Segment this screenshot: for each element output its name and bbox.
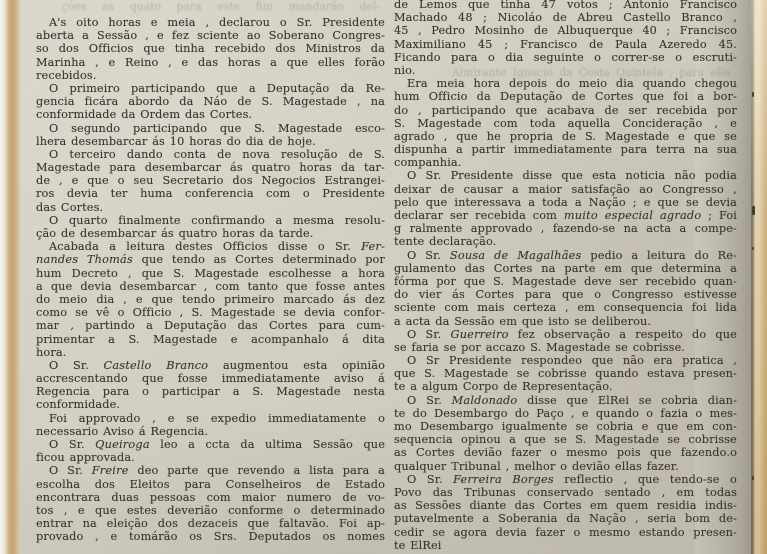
book-fold-left-edge bbox=[0, 0, 20, 554]
text-line: S. Magestade com toda aquella Concideraç… bbox=[394, 117, 737, 130]
text-line: primentar a S. Magestade e acompanhalo á… bbox=[36, 333, 385, 346]
ink-speck bbox=[752, 92, 754, 97]
text-line: aberta a Sessão , e fez sciente ao Sober… bbox=[36, 29, 385, 42]
text-line: putavelmente a Soberania da Nação , seri… bbox=[394, 512, 737, 525]
text-line: do vier ás Cortes para que o Congresso e… bbox=[394, 288, 737, 301]
text-line: sciente com mais certeza , em consequenc… bbox=[394, 301, 737, 314]
text-line: Era meia hora depois do meio dia quando … bbox=[394, 77, 737, 90]
text-line: 45 , Pedro Mosinho de Albuquerque 40 ; F… bbox=[394, 24, 737, 37]
text-line: Marinha , e Reino , e das horas a que el… bbox=[36, 56, 385, 69]
text-line: a que devia desembarcar , com tanto que … bbox=[36, 280, 385, 293]
text-line: mar , partindo a Deputação das Cortes pa… bbox=[36, 319, 385, 332]
text-line: O primeiro participando que a Deputação … bbox=[36, 82, 385, 95]
text-line: deixar de causar a maior satisfação ao C… bbox=[394, 183, 737, 196]
text-line: O Sr. Maldonado disse que ElRei se cobri… bbox=[394, 394, 737, 407]
text-line: recebidos. bbox=[36, 69, 385, 82]
text-line: qualquer Tribunal , melhor o devião ella… bbox=[394, 460, 737, 473]
text-line: de , e que o seu Secretario dos Negocios… bbox=[36, 174, 385, 187]
text-line: lhera desembarcar ás 10 horas do dia de … bbox=[36, 135, 385, 148]
text-line: de Lemos que tinha 47 votos ; Antonio Fr… bbox=[394, 0, 737, 11]
text-line: ficou approvada. bbox=[36, 451, 385, 464]
text-line: necessario Aviso á Regencia. bbox=[36, 425, 385, 438]
text-line: accrescentando que fosse immediatamente … bbox=[36, 372, 385, 385]
text-line: Povo das Tribunas conservado sentado , e… bbox=[394, 486, 737, 499]
text-line: a acta da Sessão em que isto se delibero… bbox=[394, 315, 737, 328]
text-line: do , participando que acabava de ser rec… bbox=[394, 104, 737, 117]
bleed-through-text: Almirante Ignacio da Costa Quintela ; pa… bbox=[452, 67, 730, 79]
text-line: nandes Thomás que tendo as Cortes determ… bbox=[36, 253, 385, 266]
text-line: O segundo participando que S. Magestade … bbox=[36, 122, 385, 135]
text-line: hum Decreto , que S. Magestade escolhess… bbox=[36, 267, 385, 280]
text-line: que S. Magestade se cobrisse quando esta… bbox=[394, 367, 737, 380]
text-line: as Sessões diante das Cortes em quem res… bbox=[394, 499, 737, 512]
text-line: agrado , que he propria de S. Magestade … bbox=[394, 130, 737, 143]
text-line: conformidade. bbox=[36, 398, 385, 411]
text-line: tos , e que estes deverião conforme o de… bbox=[36, 504, 385, 517]
text-column-right: de Lemos que tinha 47 votos ; Antonio Fr… bbox=[394, 0, 737, 552]
text-line: gencia ficára abordo da Náo de S. Magest… bbox=[36, 95, 385, 108]
text-line: declarar ser recebida com muito especial… bbox=[394, 209, 737, 222]
page-right-edge bbox=[751, 0, 767, 554]
text-line: Magestade para desembarcar ás quatro hor… bbox=[36, 161, 385, 174]
text-line: O Sr. Queiroga leo a ccta da ultima Sess… bbox=[36, 438, 385, 451]
text-line: as Cortes devião fazer o mesmo pois que … bbox=[394, 446, 737, 459]
text-line: hora. bbox=[36, 346, 385, 359]
text-column-left: A's oito horas e meia , declarou o Sr. P… bbox=[36, 0, 385, 554]
text-line: das Cortes. bbox=[36, 201, 385, 214]
text-line: dispunha a partir immediatamente para te… bbox=[394, 143, 737, 156]
text-line: Ficando para o dia seguinte o correr-se … bbox=[394, 51, 737, 64]
text-line: conformidade da Ordem das Cortes. bbox=[36, 108, 385, 121]
text-line: O Sr. Guerreiro fez observação a respeit… bbox=[394, 328, 737, 341]
text-line: te do Desembargo do Paço , e quando o fa… bbox=[394, 407, 737, 420]
text-line: O Sr. Ferreira Borges reflectio , que te… bbox=[394, 473, 737, 486]
text-line: ção de desembarcar ás quatro horas da ta… bbox=[36, 227, 385, 240]
text-line: g ralmente approvado , fazendo-se na act… bbox=[394, 222, 737, 235]
text-line: ros devia ter huma conferencia com o Pre… bbox=[36, 187, 385, 200]
bleed-through-text: ções as quato para este fim mandarão del… bbox=[62, 1, 380, 13]
text-line: provado , e tomárão os Srs. Deputados os… bbox=[36, 530, 385, 543]
text-line: companhia. bbox=[394, 156, 737, 169]
text-line: Machado 48 ; Nicoláo de Abreu Castello B… bbox=[394, 11, 737, 24]
text-line: O Sr. Castello Branco augmentou esta opi… bbox=[36, 359, 385, 372]
text-line: escolha dos Eleitos para Conselheiros de… bbox=[36, 478, 385, 491]
ink-speck bbox=[752, 247, 754, 250]
text-line: Maximiliano 45 ; Francisco de Paula Azer… bbox=[394, 38, 737, 51]
text-line: sequencia opinou a que se S. Magestade s… bbox=[394, 433, 737, 446]
text-line: do meio dia , e que tendo primeiro marca… bbox=[36, 293, 385, 306]
text-line: pelo que interessava a toda a Nação ; e … bbox=[394, 196, 737, 209]
scanned-page: A's oito horas e meia , declarou o Sr. P… bbox=[0, 0, 767, 554]
text-line: Regencia para o participar a S. Magestad… bbox=[36, 385, 385, 398]
ink-speck bbox=[752, 206, 755, 215]
text-line: O Sr. Freire deo parte que revendo a lis… bbox=[36, 464, 385, 477]
text-line: te ElRei bbox=[394, 539, 737, 552]
text-line: cedir se agora devia fazer o mesmo estan… bbox=[394, 526, 737, 539]
text-line: te a algum Corpo de Representação. bbox=[394, 380, 737, 393]
text-line: A's oito horas e meia , declarou o Sr. P… bbox=[36, 16, 385, 29]
text-line: se faria se por accazo S. Magestade se c… bbox=[394, 341, 737, 354]
text-line: O terceiro dando conta de nova resolução… bbox=[36, 148, 385, 161]
text-line: encontrara duas pessoas com maior numero… bbox=[36, 491, 385, 504]
text-line: entrar na eleição dos dezaceis que falta… bbox=[36, 517, 385, 530]
text-line: Foi approvado , e se expedio immediatame… bbox=[36, 412, 385, 425]
text-line: Acabada a leitura destes Officios disse … bbox=[36, 240, 385, 253]
text-line: como se vê o Officio , S. Magestade se d… bbox=[36, 306, 385, 319]
text-line: hum Officio da Deputação de Cortes que f… bbox=[394, 90, 737, 103]
text-line: gulamento das Cortes na parte em que det… bbox=[394, 262, 737, 275]
text-line: tente declaração. bbox=[394, 235, 737, 248]
ink-speck bbox=[752, 476, 754, 480]
text-line: O Sr. Presidente disse que esta noticia … bbox=[394, 169, 737, 182]
text-line: O Sr Presidente respondeo que não era pr… bbox=[394, 354, 737, 367]
text-line: O Sr. Sousa de Magalhães pedio a leitura… bbox=[394, 249, 737, 262]
text-line: mo Desembargo igualmente se cobria e que… bbox=[394, 420, 737, 433]
text-line: so dos Officios que tinha recebido dos M… bbox=[36, 42, 385, 55]
text-line: O quarto finalmente confirmando a mesma … bbox=[36, 214, 385, 227]
text-line: fórma por que S. Magestade deve ser rece… bbox=[394, 275, 737, 288]
